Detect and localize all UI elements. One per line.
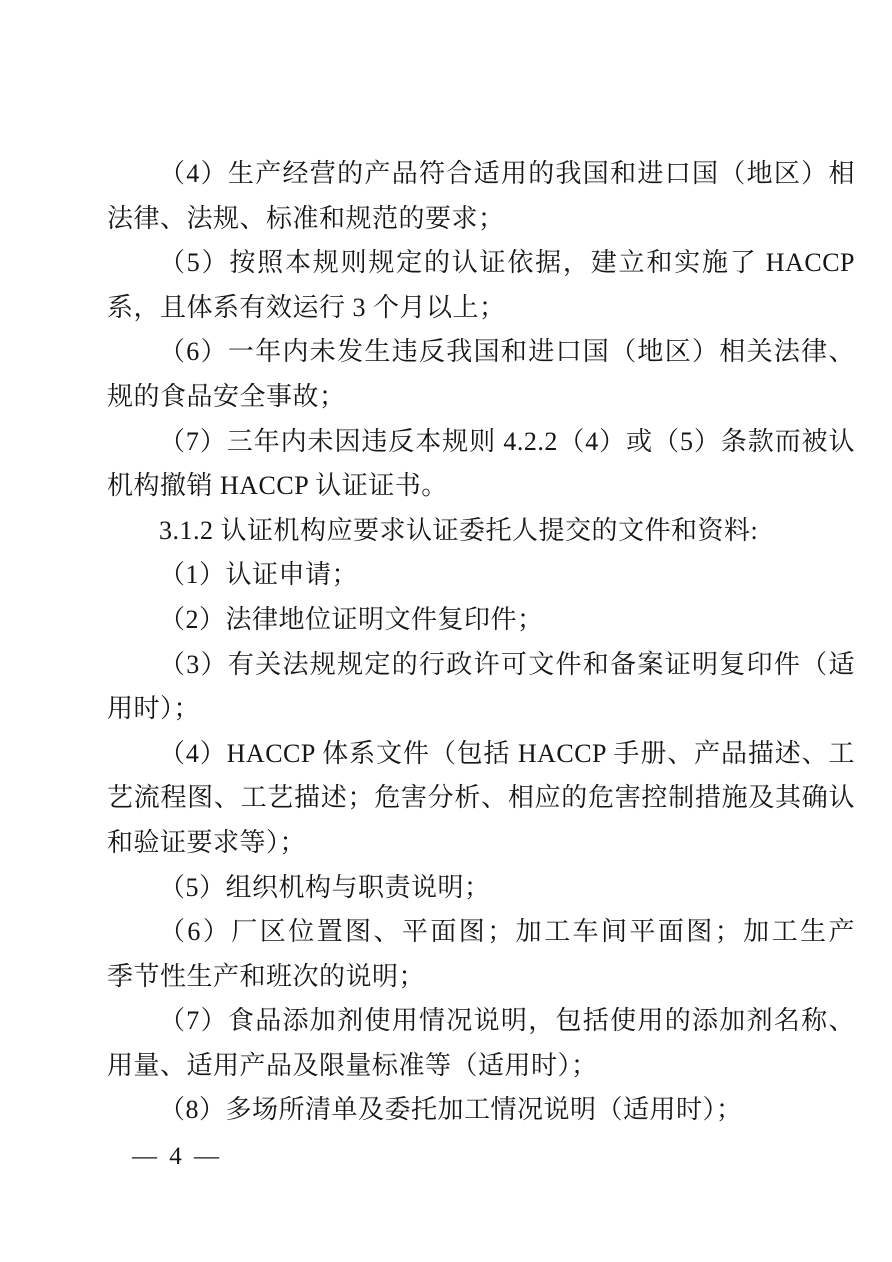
text-line: 机构撤销 HACCP 认证证书。: [107, 464, 855, 509]
text-line: （2）法律地位证明文件复印件；: [107, 598, 855, 643]
text-line: 3.1.2 认证机构应要求认证委托人提交的文件和资料:: [107, 509, 855, 554]
text-line: （7）食品添加剂使用情况说明，包括使用的添加剂名称、: [107, 999, 855, 1044]
text-line: （3）有关法规规定的行政许可文件和备案证明复印件（适: [107, 643, 855, 688]
text-line: （6）厂区位置图、平面图；加工车间平面图；加工生产线、: [107, 910, 855, 955]
text-line: 规的食品安全事故；: [107, 375, 855, 420]
text-line: 系，且体系有效运行 3 个月以上；: [107, 286, 855, 331]
text-line: 季节性生产和班次的说明；: [107, 955, 855, 1000]
document-body: （4）生产经营的产品符合适用的我国和进口国（地区）相关法律、法规、标准和规范的要…: [107, 152, 855, 1133]
document-page: （4）生产经营的产品符合适用的我国和进口国（地区）相关法律、法规、标准和规范的要…: [0, 0, 892, 1262]
text-line: （5）组织机构与职责说明；: [107, 866, 855, 911]
text-line: （6）一年内未发生违反我国和进口国（地区）相关法律、法: [107, 330, 855, 375]
text-line: 法律、法规、标准和规范的要求；: [107, 197, 855, 242]
text-line: （4）生产经营的产品符合适用的我国和进口国（地区）相关: [107, 152, 855, 197]
text-line: 和验证要求等）；: [107, 821, 855, 866]
page-number: — 4 —: [132, 1141, 222, 1173]
text-line: （1）认证申请；: [107, 553, 855, 598]
text-line: 艺流程图、工艺描述；危害分析、相应的危害控制措施及其确认: [107, 776, 855, 821]
text-line: （5）按照本规则规定的认证依据，建立和实施了 HACCP 体: [107, 241, 855, 286]
text-line: 用时）；: [107, 687, 855, 732]
text-line: （7）三年内未因违反本规则 4.2.2（4）或（5）条款而被认证: [107, 420, 855, 465]
text-line: 用量、适用产品及限量标准等（适用时）；: [107, 1044, 855, 1089]
text-line: （8）多场所清单及委托加工情况说明（适用时）；: [107, 1088, 855, 1133]
text-line: （4）HACCP 体系文件（包括 HACCP 手册、产品描述、工: [107, 732, 855, 777]
